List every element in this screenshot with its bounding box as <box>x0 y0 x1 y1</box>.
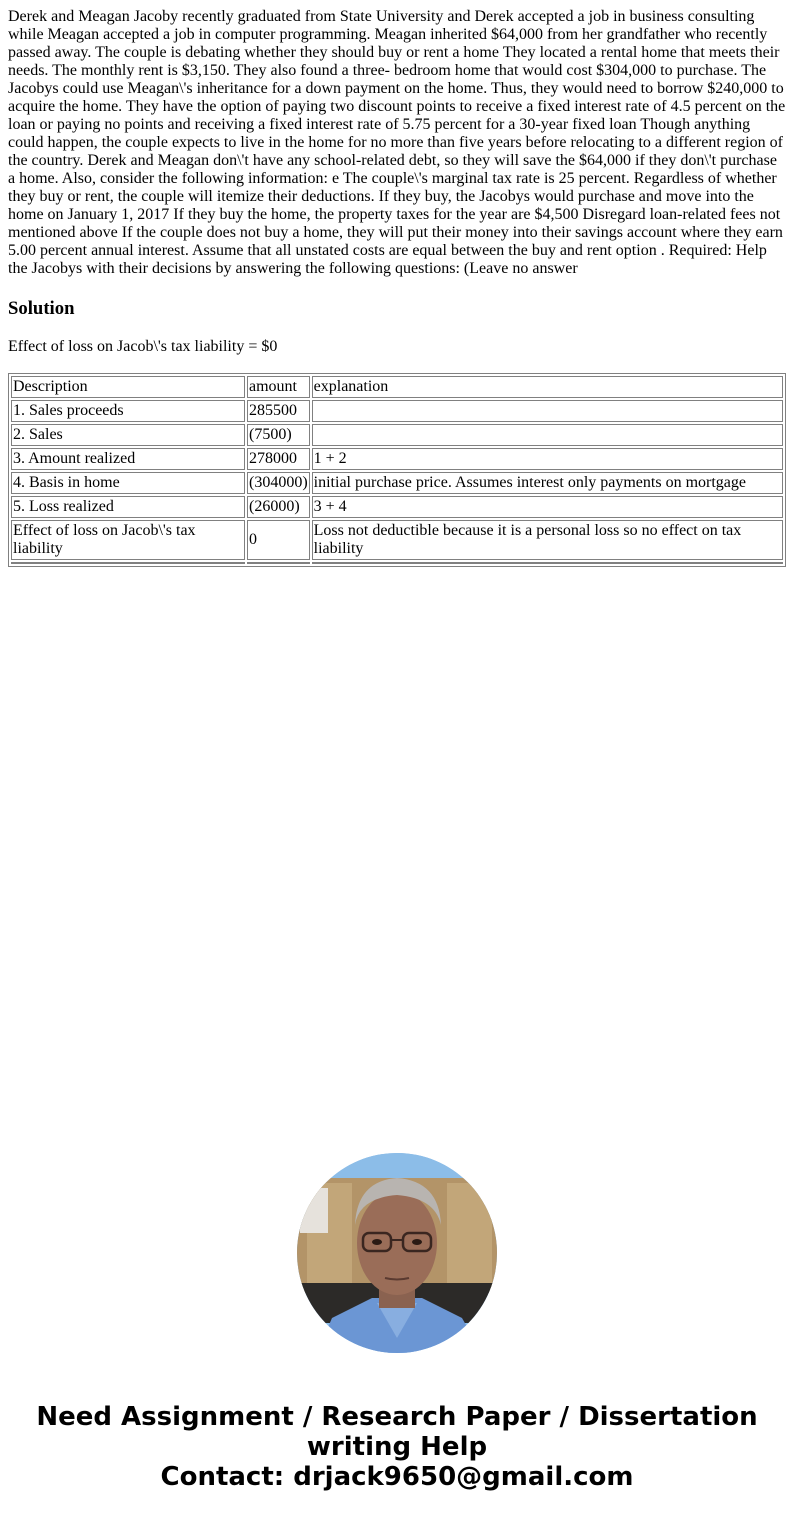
empty-cell <box>312 562 783 564</box>
empty-cell <box>247 562 310 564</box>
empty-cell <box>11 562 245 564</box>
row-amount: (304000) <box>247 472 310 494</box>
header-description: Description <box>11 376 245 398</box>
solution-summary: Effect of loss on Jacob\'s tax liability… <box>8 338 786 356</box>
row-explanation: 1 + 2 <box>312 448 783 470</box>
table-row: 2. Sales (7500) <box>11 424 783 446</box>
table-row: 3. Amount realized 278000 1 + 2 <box>11 448 783 470</box>
solution-heading: Solution <box>8 298 786 320</box>
row-description: 3. Amount realized <box>11 448 245 470</box>
avatar <box>297 1153 497 1353</box>
row-explanation <box>312 400 783 422</box>
table-row: 1. Sales proceeds 285500 <box>11 400 783 422</box>
footer-line-1: Need Assignment / Research Paper / Disse… <box>0 1402 794 1432</box>
row-amount: 285500 <box>247 400 310 422</box>
footer-line-2: writing Help <box>0 1432 794 1462</box>
row-description: Effect of loss on Jacob\'s tax liability <box>11 520 245 560</box>
header-explanation: explanation <box>312 376 783 398</box>
row-description: 2. Sales <box>11 424 245 446</box>
table-empty-row <box>11 562 783 564</box>
question-text: Derek and Meagan Jacoby recently graduat… <box>8 8 786 278</box>
row-description: 4. Basis in home <box>11 472 245 494</box>
footer-line-3: Contact: drjack9650@gmail.com <box>0 1462 794 1492</box>
table-row: 5. Loss realized (26000) 3 + 4 <box>11 496 783 518</box>
row-description: 1. Sales proceeds <box>11 400 245 422</box>
row-amount: 278000 <box>247 448 310 470</box>
row-amount: (7500) <box>247 424 310 446</box>
row-explanation: initial purchase price. Assumes interest… <box>312 472 783 494</box>
page-content: Derek and Meagan Jacoby recently graduat… <box>0 0 794 567</box>
footer-contact: Need Assignment / Research Paper / Disse… <box>0 1402 794 1492</box>
row-explanation: 3 + 4 <box>312 496 783 518</box>
row-amount: 0 <box>247 520 310 560</box>
table-header-row: Description amount explanation <box>11 376 783 398</box>
table-row: Effect of loss on Jacob\'s tax liability… <box>11 520 783 560</box>
row-amount: (26000) <box>247 496 310 518</box>
solution-table: Description amount explanation 1. Sales … <box>8 373 786 567</box>
tutor-photo-icon <box>297 1153 497 1353</box>
row-explanation: Loss not deductible because it is a pers… <box>312 520 783 560</box>
header-amount: amount <box>247 376 310 398</box>
row-explanation <box>312 424 783 446</box>
table-row: 4. Basis in home (304000) initial purcha… <box>11 472 783 494</box>
row-description: 5. Loss realized <box>11 496 245 518</box>
